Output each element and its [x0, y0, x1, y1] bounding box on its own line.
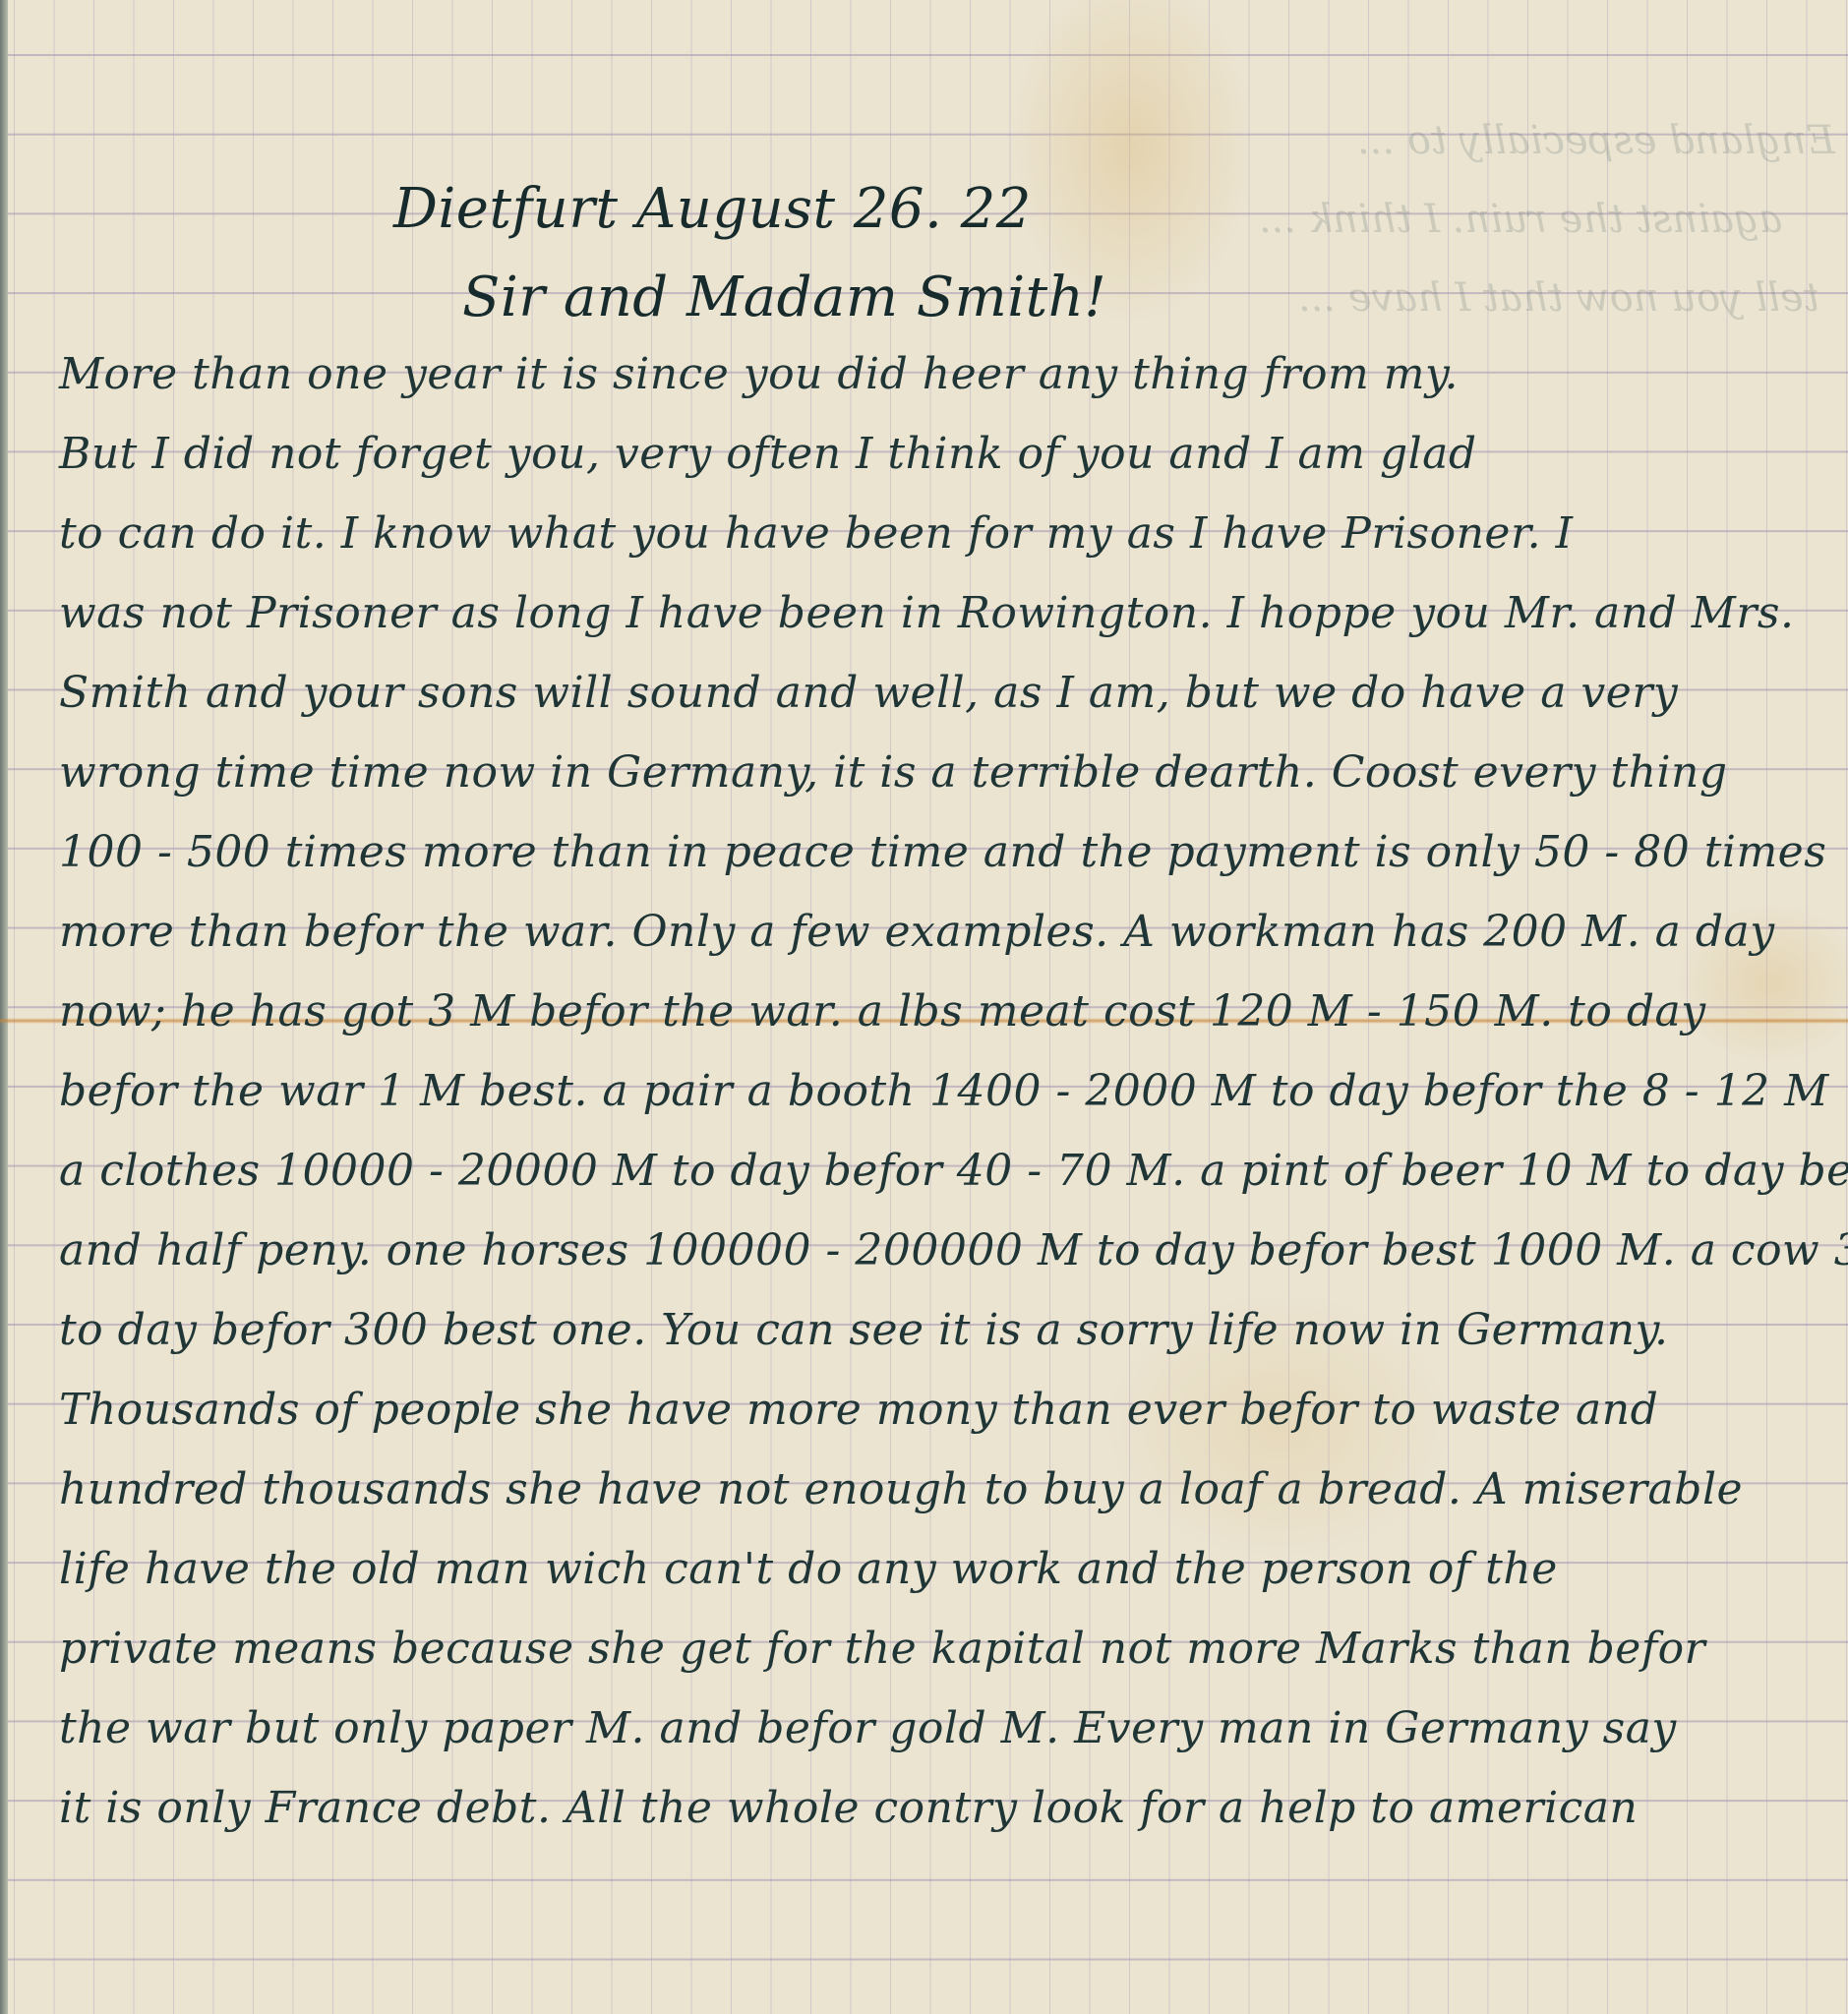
letter-body-line: and half peny. one horses 100000 - 20000…	[59, 1225, 1848, 1275]
letter-body-line: befor the war 1 M best. a pair a booth 1…	[59, 1066, 1829, 1116]
letter-place-date: Dietfurt August 26. 22	[393, 177, 1032, 241]
letter-body-line: life have the old man wich can't do any …	[59, 1544, 1558, 1594]
letter-body-line: more than befor the war. Only a few exam…	[59, 907, 1775, 957]
letter-body-line: But I did not forget you, very often I t…	[59, 429, 1477, 479]
letter-body-line: More than one year it is since you did h…	[59, 349, 1459, 399]
letter-body-line: private means because she get for the ka…	[59, 1624, 1705, 1674]
letter-body-line: Smith and your sons will sound and well,…	[59, 668, 1678, 718]
letter-body-line: a clothes 10000 - 20000 M to day befor 4…	[59, 1146, 1848, 1196]
letter-body-line: Thousands of people she have more mony t…	[59, 1385, 1658, 1435]
letter-body-line: the war but only paper M. and befor gold…	[59, 1703, 1677, 1753]
letter-body-line: now; he has got 3 M befor the war. a lbs…	[59, 986, 1706, 1037]
letter-body-line: it is only France debt. All the whole co…	[59, 1783, 1638, 1833]
letter-body-line: was not Prisoner as long I have been in …	[59, 588, 1794, 638]
letter-body-line: 100 - 500 times more than in peace time …	[59, 827, 1826, 877]
letter-body-line: to can do it. I know what you have been …	[59, 508, 1574, 559]
letter-body-line: wrong time time now in Germany, it is a …	[59, 747, 1728, 798]
letter-salutation: Sir and Madam Smith!	[462, 266, 1106, 329]
letter-body-line: hundred thousands she have not enough to…	[59, 1464, 1743, 1514]
letter: Dietfurt August 26. 22 Sir and Madam Smi…	[0, 0, 1848, 2014]
letter-body-line: to day befor 300 best one. You can see i…	[59, 1305, 1668, 1355]
